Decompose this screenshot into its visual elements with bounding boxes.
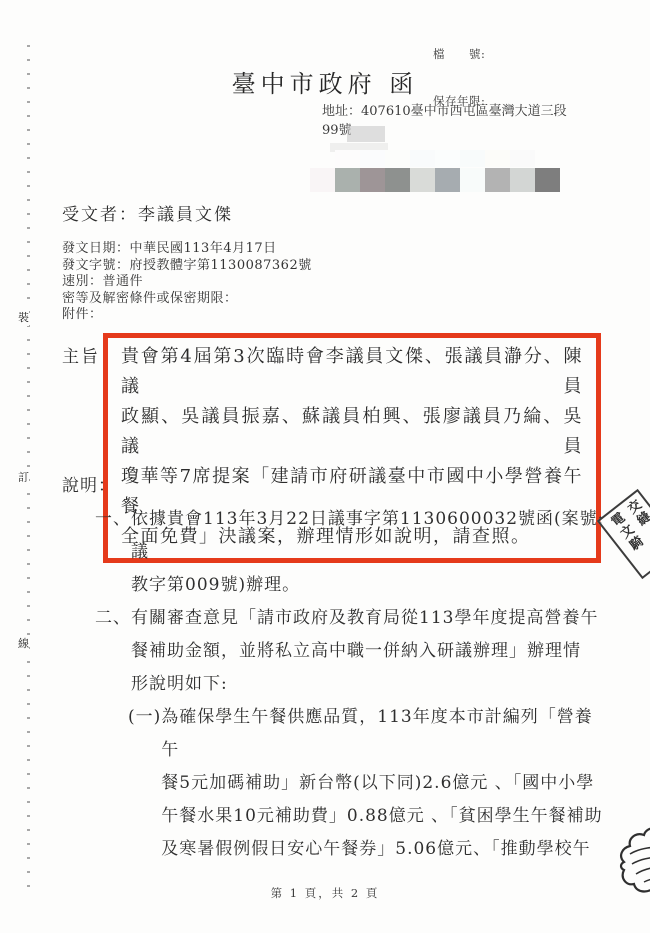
file-number-label: 檔 號: <box>433 47 485 63</box>
redaction-tile <box>335 150 360 167</box>
redaction-tile <box>410 150 435 167</box>
text-line: 有關審查意見「請市政府及教育局從113學年度提高營養午 <box>131 602 610 635</box>
redaction-tile <box>460 168 485 192</box>
redaction-tile <box>510 168 535 192</box>
redaction-tile <box>360 168 385 192</box>
redaction-blur-small <box>347 126 385 142</box>
text-line: 及寒暑假例假日安心午餐券」5.06億元、「推動學校午 <box>161 833 610 866</box>
redaction-tile <box>385 150 410 167</box>
item-text: 有關審查意見「請市政府及教育局從113學年度提高營養午 餐補助金額，並將私立高中… <box>131 602 610 701</box>
redaction-tile <box>310 168 335 192</box>
redaction-tile <box>510 150 535 167</box>
description-section: 說明： 一、 依據貴會113年3月22日議事字第1130600032號函(案號:… <box>62 470 610 866</box>
text-line: 教字第009號)辦理。 <box>131 569 610 602</box>
redaction-mosaic-light <box>335 150 535 167</box>
subitem-number: (一) <box>128 701 161 734</box>
text-line: 餐補助金額，並將私立高中職一併納入研議辦理」辦理情 <box>131 635 610 668</box>
issue-number: 發文字號：府授教體字第1130087362號 <box>62 258 312 275</box>
secrecy-class: 密等及解密條件或保密期限： <box>62 291 312 308</box>
binding-char-xian: 線 <box>18 636 29 652</box>
text-line: 為確保學生午餐供應品質，113年度本市計編列「營養午 <box>161 701 610 767</box>
redaction-tile <box>535 168 560 192</box>
redaction-tile <box>435 150 460 167</box>
redaction-mosaic-main <box>310 168 560 192</box>
item-text: 依據貴會113年3月22日議事字第1130600032號函(案號:議 教字第00… <box>131 503 610 602</box>
item-number: 二、 <box>95 602 131 635</box>
description-subitem-1: (一) 為確保學生午餐供應品質，113年度本市計編列「營養午 餐5元加碼補助」新… <box>128 701 610 866</box>
subject-line: 貴會第4屆第3次臨時會李議員文傑、張議員瀞分、陳議員 <box>121 342 583 402</box>
description-label: 說明： <box>62 470 610 503</box>
description-item-1: 一、 依據貴會113年3月22日議事字第1130600032號函(案號:議 教字… <box>95 503 610 602</box>
item-number: 一、 <box>95 503 131 536</box>
redaction-tile <box>410 168 435 192</box>
text-line: 形說明如下: <box>131 668 610 701</box>
text-line: 午餐水果10元補助費」0.88億元 、「貧困學生午餐補助 <box>161 800 610 833</box>
recipient-line: 受文者：李議員文傑 <box>62 200 233 225</box>
address-line-1: 地址：407610臺中市西屯區臺灣大道三段 <box>322 102 567 121</box>
text-line: 餐5元加碼補助」新台幣(以下同)2.6億元 、「國中小學 <box>161 767 610 800</box>
redaction-tile <box>460 150 485 167</box>
subject-label: 主旨 <box>62 333 103 367</box>
redaction-tile <box>485 168 510 192</box>
document-page: 裝 訂 線 檔 號: 保存年限: 臺中市政府 函 地址：407610臺中市西屯區… <box>0 0 650 933</box>
subject-line: 政顯、吳議員振嘉、蘇議員柏興、張廖議員乃綸、吳議員 <box>121 402 583 462</box>
binding-char-zhuang: 裝 <box>18 310 29 326</box>
text-line: 依據貴會113年3月22日議事字第1130600032號函(案號:議 <box>131 503 610 569</box>
description-item-2: 二、 有關審查意見「請市政府及教育局從113學年度提高營養午 餐補助金額，並將私… <box>95 602 610 701</box>
seal-stamp-icon <box>610 816 650 912</box>
redaction-tile <box>385 168 410 192</box>
page-number: 第 1 頁，共 2 頁 <box>0 885 650 901</box>
attachment-label: 附件： <box>62 307 312 324</box>
document-meta: 發文日期：中華民國113年4月17日 發文字號：府授教體字第1130087362… <box>62 241 312 324</box>
binding-char-ding: 訂 <box>18 470 29 486</box>
redaction-tile <box>485 150 510 167</box>
redaction-tile <box>435 168 460 192</box>
redaction-tile <box>360 150 385 167</box>
binding-dotted-line <box>27 45 30 890</box>
issue-date: 發文日期：中華民國113年4月17日 <box>62 241 312 258</box>
subitem-text: 為確保學生午餐供應品質，113年度本市計編列「營養午 餐5元加碼補助」新台幣(以… <box>161 701 610 866</box>
speed-class: 速別：普通件 <box>62 274 312 291</box>
redaction-tile <box>335 168 360 192</box>
document-title: 臺中市政府 函 <box>0 64 650 99</box>
